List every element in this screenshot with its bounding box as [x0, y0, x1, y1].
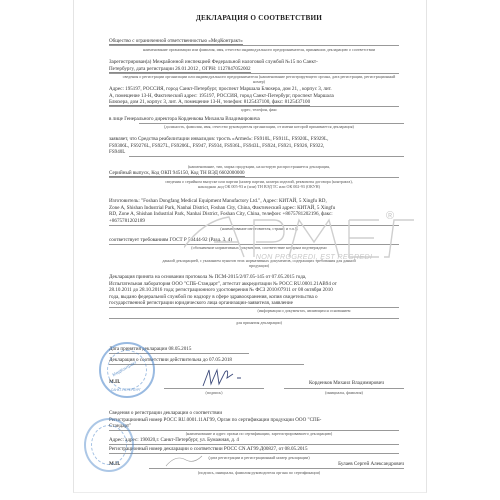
- cert-head-caption: (подпись, инициалы, фамилия руководителя…: [109, 470, 409, 475]
- document-title: ДЕКЛАРАЦИЯ О СООТВЕТСТВИИ: [109, 14, 409, 22]
- acceptance-date: Дата принятия декларации 08.05.2015: [109, 346, 409, 352]
- applicant-name: Общество с ограниченной ответственностью…: [109, 38, 409, 44]
- product-caption: (наименование, тип, марка продукции, на …: [109, 164, 409, 169]
- standard-caption-3: продукции): [109, 263, 409, 268]
- divider: [284, 388, 404, 389]
- standard-compliance: соответствует требованиям ГОСТ Р 50444-9…: [109, 237, 409, 243]
- declaration-reg-number: Регистрационный номер декларации о соотв…: [109, 446, 409, 452]
- cert-registration-caption: (наименование и адрес органа по сертифик…: [109, 431, 409, 436]
- certification-stamp: [84, 418, 134, 472]
- signer-caption: (инициалы, фамилия): [284, 390, 404, 395]
- manufacturer-line-1: Изготовитель: "Foshan Dongfang Medical E…: [109, 198, 409, 204]
- signer-name: Корденков Михаил Владимирович: [289, 380, 404, 386]
- product-line-2: FS9306L, FS9276L, FS927L, FS9206L, FS947…: [109, 143, 409, 149]
- address-line-3: Блюхера, дом 21, корпус 3, лит. А, помещ…: [109, 99, 409, 105]
- basis-line-4: года, выдано федеральной службой по надз…: [109, 294, 409, 300]
- declaration-page: ДЕКЛАРАЦИЯ О СООТВЕТСТВИИ Общество с огр…: [73, 0, 427, 493]
- serial-release: Серийный выпуск, Код ОКП 945150, Код ТН …: [109, 170, 409, 176]
- applicant-caption: наименование организации или фамилия, им…: [109, 47, 409, 52]
- address-caption: адрес, телефон, факс: [109, 107, 409, 112]
- stamp-city-text: САНКТ-ПЕТЕРБУРГ: [111, 388, 141, 392]
- cert-registration-line-2: Стандарт": [109, 423, 409, 429]
- divider: [109, 45, 399, 46]
- registration-line-1: Зарегистрирован(а) Межрайонной инспекцие…: [109, 59, 409, 65]
- address-line-2: А, помещение 13-Н, Фактический адрес: 19…: [109, 93, 409, 99]
- cert-body-address: Адрес: адрес: 190020,г. Санкт-Петербург,…: [109, 437, 409, 443]
- divider: [109, 453, 399, 454]
- divider: [109, 444, 399, 445]
- divider: [149, 468, 404, 469]
- cert-registration-heading: Сведения о регистрации декларации о соот…: [109, 410, 409, 416]
- basis-line-1: Декларация принята на основании протокол…: [109, 274, 409, 280]
- cert-registration-line-1: Регистрационный номер РОСС RU.0001.11АГ9…: [109, 417, 409, 423]
- divider: [129, 156, 404, 157]
- reg-number-caption: (дата регистрации и регистрационный номе…: [109, 455, 409, 460]
- cert-head-name: Булаев Сергей Александрович: [259, 461, 404, 467]
- manufacturer-line-2: Zone A, Shishan Industrial Park, Nanhai …: [109, 205, 409, 211]
- manufacturer-line-4: +8675781202189: [109, 218, 409, 224]
- basis-caption-1: (информация о документах, являющихся осн…: [109, 308, 409, 313]
- signature-scribble-icon: [199, 366, 259, 390]
- basis-line-2: Испытательная лаборатория ООО "СПБ-Станд…: [109, 281, 409, 287]
- registration-caption: сведения о регистрации организации или и…: [109, 74, 409, 84]
- basis-line-5: государственной регистрации юридического…: [109, 300, 409, 306]
- manufacturer-caption: (наименование изготовителя, страны и т.п…: [109, 226, 409, 231]
- signature-caption: (подпись): [164, 390, 264, 395]
- basis-caption-2: для принятия декларации): [109, 320, 409, 325]
- product-line-1: заявляет, что Средства реабилитации инва…: [109, 136, 409, 142]
- registration-line-2: Петербургу, дата регистрации 26.01.2012 …: [109, 66, 409, 72]
- representative: в лице Генерального директора Корденкова…: [109, 116, 409, 122]
- representative-caption: (должность, фамилия, имя, отчество руков…: [109, 124, 409, 129]
- basis-line-3: 28.10.2011 до 28.10.2016 года; регистрац…: [109, 287, 409, 293]
- serial-caption-2: накладная ,код ОК 005-93 и (или) ТН ВЭД …: [109, 184, 409, 189]
- cert-signature-icon: [164, 452, 204, 468]
- divider: [109, 318, 399, 319]
- address-line-1: Адрес: 195197, РОССИЯ, город Санкт-Петер…: [109, 86, 409, 92]
- product-line-3: FS940L: [109, 149, 409, 155]
- company-stamp: МедКонтракт САНКТ-ПЕТЕРБУРГ: [99, 342, 155, 398]
- standard-caption-1: (обозначение нормативных документов, соо…: [109, 245, 409, 250]
- manufacturer-line-3: RD, Zone A, Shishan Industrial Park, Nan…: [109, 211, 409, 217]
